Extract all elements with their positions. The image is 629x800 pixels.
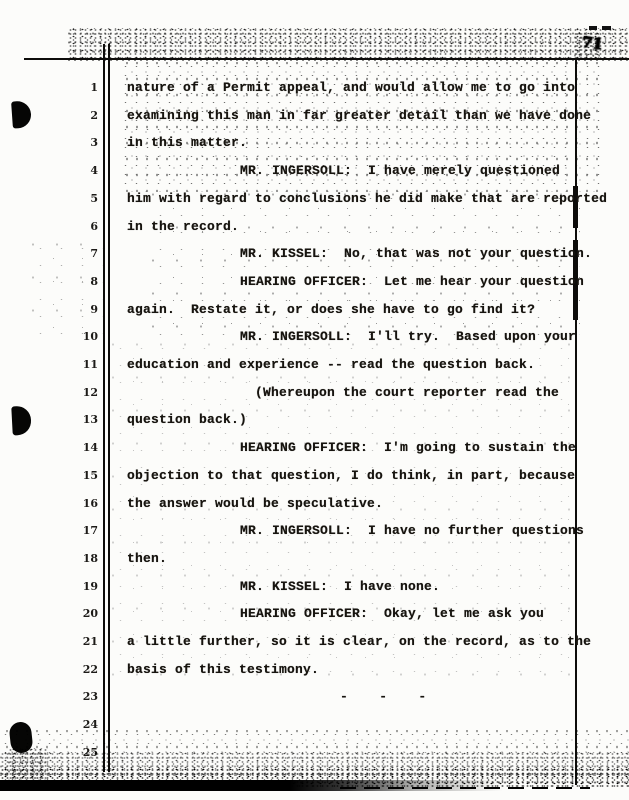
line-number: 4 bbox=[68, 164, 98, 177]
line-text: him with regard to conclusions he did ma… bbox=[127, 189, 607, 209]
line-number: 18 bbox=[68, 552, 98, 565]
line-number: 16 bbox=[68, 497, 98, 510]
transcript-line-7: 7MR. KISSEL: No, that was not your quest… bbox=[0, 244, 629, 271]
line-number: 2 bbox=[68, 109, 98, 122]
line-number: 13 bbox=[68, 413, 98, 426]
transcript-line-4: 4MR. INGERSOLL: I have merely questioned bbox=[0, 161, 629, 188]
line-text: question back.) bbox=[127, 410, 247, 430]
line-text: (Whereupon the court reporter read the bbox=[127, 383, 559, 403]
line-text: in the record. bbox=[127, 217, 239, 237]
transcript-line-23: 23- - - bbox=[0, 687, 629, 714]
scan-edge-bar bbox=[0, 780, 629, 791]
transcript-body: 1nature of a Permit appeal, and would al… bbox=[0, 0, 629, 800]
line-number: 25 bbox=[68, 746, 98, 759]
transcript-line-8: 8HEARING OFFICER: Let me hear your quest… bbox=[0, 272, 629, 299]
line-number: 12 bbox=[68, 386, 98, 399]
line-text: then. bbox=[127, 549, 167, 569]
line-text: objection to that question, I do think, … bbox=[127, 466, 575, 486]
line-number: 19 bbox=[68, 580, 98, 593]
line-text: in this matter. bbox=[127, 133, 247, 153]
transcript-line-24: 24 bbox=[0, 715, 629, 742]
scan-edge-line bbox=[340, 787, 590, 789]
transcript-line-1: 1nature of a Permit appeal, and would al… bbox=[0, 78, 629, 105]
transcript-line-11: 11education and experience -- read the q… bbox=[0, 355, 629, 382]
transcript-line-19: 19MR. KISSEL: I have none. bbox=[0, 577, 629, 604]
line-number: 3 bbox=[68, 136, 98, 149]
transcript-line-2: 2examining this man in far greater detai… bbox=[0, 106, 629, 133]
line-number: 17 bbox=[68, 524, 98, 537]
transcript-line-3: 3in this matter. bbox=[0, 133, 629, 160]
transcript-line-22: 22basis of this testimony. bbox=[0, 660, 629, 687]
line-number: 23 bbox=[68, 690, 98, 703]
line-number: 6 bbox=[68, 220, 98, 233]
transcript-line-18: 18then. bbox=[0, 549, 629, 576]
line-text: MR. INGERSOLL: I'll try. Based upon your bbox=[127, 327, 576, 347]
line-text: education and experience -- read the que… bbox=[127, 355, 535, 375]
line-number: 5 bbox=[68, 192, 98, 205]
line-number: 11 bbox=[68, 358, 98, 371]
transcript-line-6: 6in the record. bbox=[0, 217, 629, 244]
line-text: examining this man in far greater detail… bbox=[127, 106, 591, 126]
line-text: HEARING OFFICER: Let me hear your questi… bbox=[127, 272, 584, 292]
transcript-line-16: 16the answer would be speculative. bbox=[0, 494, 629, 521]
line-number: 14 bbox=[68, 441, 98, 454]
line-number: 1 bbox=[68, 81, 98, 94]
line-number: 7 bbox=[68, 247, 98, 260]
line-text: basis of this testimony. bbox=[127, 660, 319, 680]
line-text: MR. KISSEL: No, that was not your questi… bbox=[127, 244, 592, 264]
transcript-line-5: 5him with regard to conclusions he did m… bbox=[0, 189, 629, 216]
transcript-line-10: 10MR. INGERSOLL: I'll try. Based upon yo… bbox=[0, 327, 629, 354]
transcript-line-12: 12(Whereupon the court reporter read the bbox=[0, 383, 629, 410]
line-text: HEARING OFFICER: Okay, let me ask you bbox=[127, 604, 544, 624]
transcript-page: 71 1nature of a Permit appeal, and would… bbox=[0, 0, 629, 800]
transcript-line-20: 20HEARING OFFICER: Okay, let me ask you bbox=[0, 604, 629, 631]
transcript-line-15: 15objection to that question, I do think… bbox=[0, 466, 629, 493]
line-number: 15 bbox=[68, 469, 98, 482]
line-text: nature of a Permit appeal, and would all… bbox=[127, 78, 575, 98]
transcript-line-9: 9again. Restate it, or does she have to … bbox=[0, 300, 629, 327]
line-text: again. Restate it, or does she have to g… bbox=[127, 300, 535, 320]
line-number: 9 bbox=[68, 303, 98, 316]
transcript-line-21: 21a little further, so it is clear, on t… bbox=[0, 632, 629, 659]
line-text: - - - bbox=[127, 687, 428, 707]
transcript-line-25: 25 bbox=[0, 743, 629, 770]
transcript-line-13: 13question back.) bbox=[0, 410, 629, 437]
transcript-line-14: 14HEARING OFFICER: I'm going to sustain … bbox=[0, 438, 629, 465]
line-text: the answer would be speculative. bbox=[127, 494, 383, 514]
line-text: HEARING OFFICER: I'm going to sustain th… bbox=[127, 438, 576, 458]
line-text: MR. INGERSOLL: I have merely questioned bbox=[127, 161, 560, 181]
line-number: 24 bbox=[68, 718, 98, 731]
line-number: 8 bbox=[68, 275, 98, 288]
line-number: 22 bbox=[68, 663, 98, 676]
line-text: a little further, so it is clear, on the… bbox=[127, 632, 591, 652]
line-text: MR. KISSEL: I have none. bbox=[127, 577, 440, 597]
line-number: 10 bbox=[68, 330, 98, 343]
line-text: MR. INGERSOLL: I have no further questio… bbox=[127, 521, 584, 541]
line-number: 20 bbox=[68, 607, 98, 620]
line-number: 21 bbox=[68, 635, 98, 648]
transcript-line-17: 17MR. INGERSOLL: I have no further quest… bbox=[0, 521, 629, 548]
